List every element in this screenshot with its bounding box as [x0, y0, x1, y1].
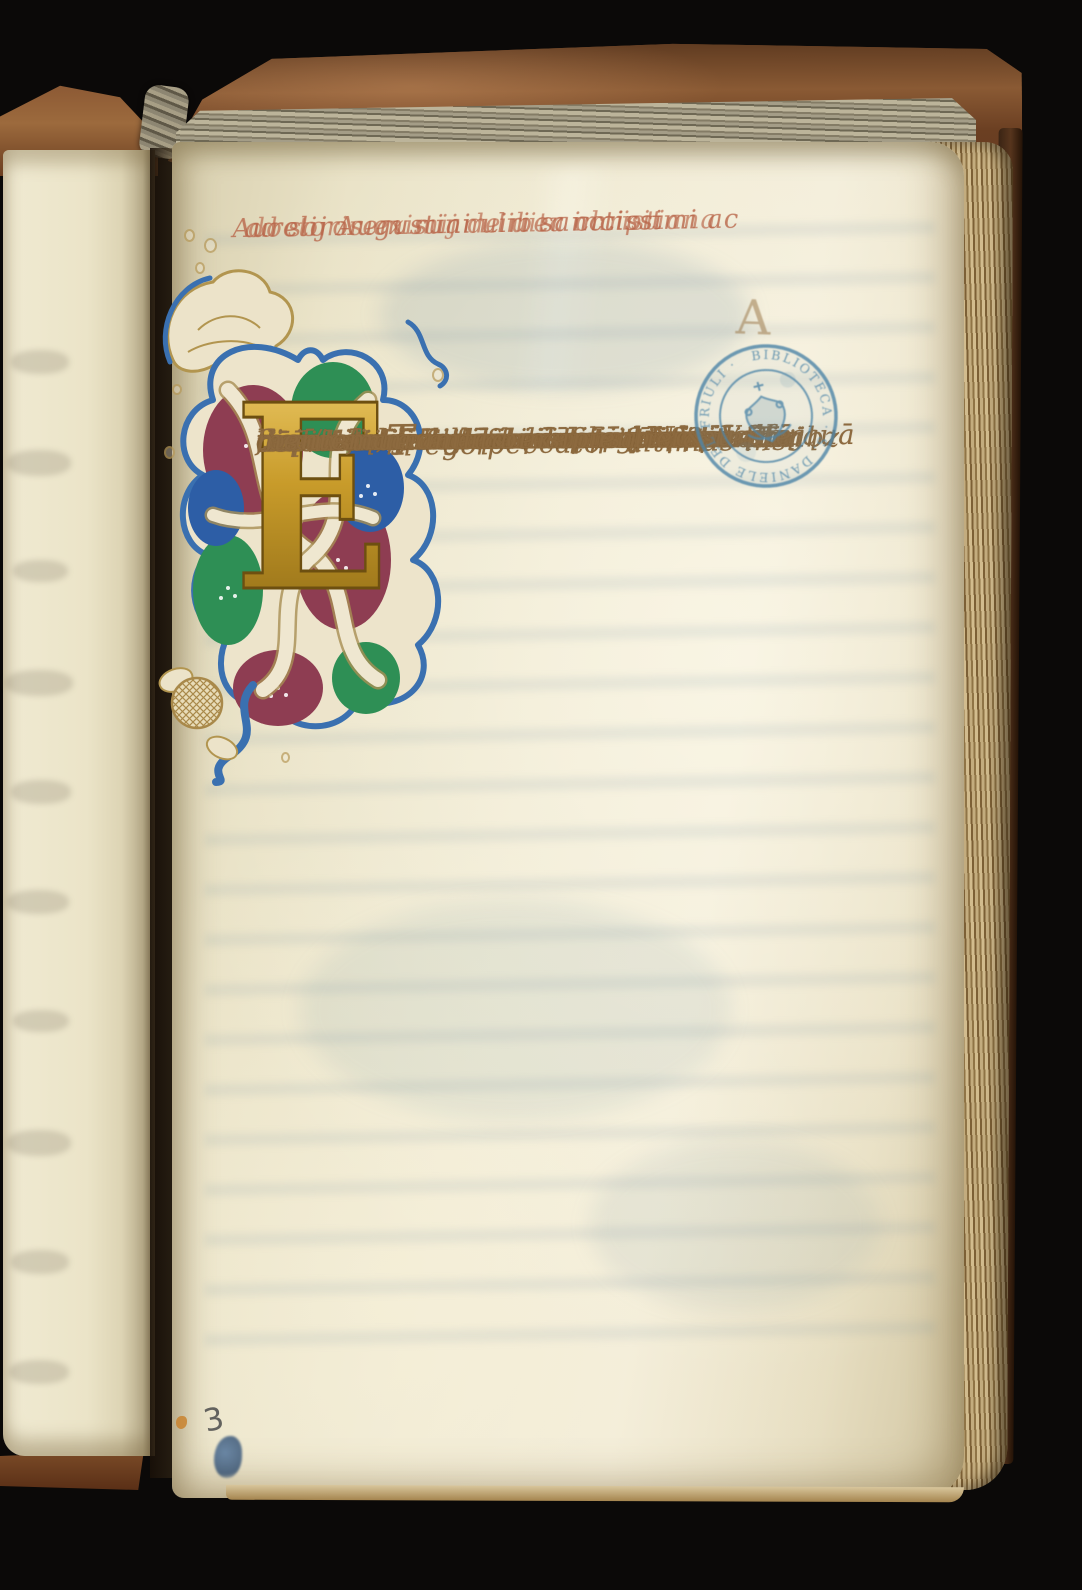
show-through-smudge — [7, 1130, 71, 1156]
show-through-smudge — [13, 560, 68, 582]
show-through-smudge — [300, 900, 730, 1120]
hatched-sphere-ornament — [172, 678, 222, 728]
illuminated-initial-E: E — [158, 260, 458, 795]
show-through-smudge — [11, 350, 69, 374]
show-through-smudge — [9, 1360, 69, 1384]
show-through-smudge — [7, 450, 71, 476]
leather-cover-bottom-left — [0, 1450, 144, 1490]
show-through-smudge — [13, 1010, 69, 1032]
initial-letter: E — [234, 349, 389, 648]
penwork-ring — [204, 238, 217, 253]
page-bottom-edge — [226, 1485, 964, 1503]
show-through-smudge — [7, 890, 69, 914]
facing-page — [3, 150, 155, 1456]
white-vine-panel: E — [183, 347, 438, 726]
show-through-smudge — [11, 780, 71, 804]
rubric-line: ad sororem suam liber incipit — [232, 199, 663, 252]
penwork-ring — [184, 229, 195, 242]
show-through-smudge — [5, 670, 73, 696]
show-through-smudge — [11, 1250, 69, 1274]
text-line: mentem nrām ita insipientie & — [256, 413, 708, 466]
manuscript-photo: A Aurelij Augustini uiri sanctissimi ac … — [0, 0, 1082, 1590]
show-through-smudge — [590, 1140, 880, 1310]
